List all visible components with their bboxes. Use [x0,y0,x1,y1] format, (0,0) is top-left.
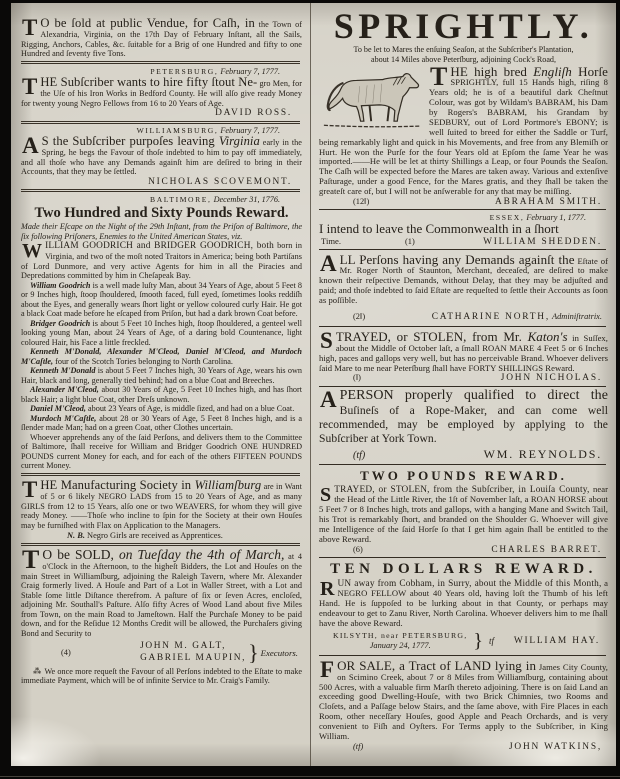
asterism-icon: ⁂ [33,667,42,676]
description-paragraph: Daniel M'Cleod, about 23 Years of Age, i… [21,404,302,414]
ad-mark: (1) [405,237,415,246]
newspaper-photo: TO be ſold at public Vendue, for Caſh, i… [0,0,620,779]
ad-lead: OR SALE, a Tract of LAND lying in [337,658,536,673]
signature-line: (6) CHARLES BARRET. [319,545,608,555]
page-columns: TO be ſold at public Vendue, for Caſh, i… [11,3,616,766]
drop-cap: A [319,253,340,273]
ad-mark: (12‖) [353,197,369,206]
drop-cap: T [429,65,450,88]
signature-line: NICHOLAS SCOVEMONT. [21,177,302,187]
ad-sprightly-stud: SPRIGHTLY. To be let to Mares the enſuin… [319,9,608,207]
ad-lead: TRAYED, or STOLEN, from Mr. [336,329,528,344]
ad-lead: S the Subſcriber purpoſes leaving [42,134,219,148]
ad-lead-italic: Virginia [219,134,260,148]
dateline-place: BALTIMORE, [150,195,212,204]
ad-manufacturing-society: THE Manufacturing Society in Williamſbur… [21,479,302,540]
drop-cap: S [319,485,334,503]
divider-rule [21,61,300,64]
ad-subtitle: To be let to Mares the enſuing Seaſon, a… [319,45,608,55]
signature-name: CHARLES BARRET. [491,545,602,555]
signature-name: WM. REYNOLDS. [484,447,602,462]
signature-name: ABRAHAM SMITH. [495,197,602,207]
ad-body-text: Buſineſs of a Rope-Maker, and can come w… [319,404,608,445]
dateline-date: December 31, 1776. [214,195,280,204]
ad-lead-italic: Engliſh [533,64,572,79]
signature-name: NICHOLAS SCOVEMONT. [148,177,292,187]
ad-lead: TRAYED, or STOLEN, from the Subſcriber, … [334,485,589,495]
drop-cap: T [21,548,42,571]
divider-rule [319,557,606,558]
divider-rule [319,386,606,387]
divider-rule [319,326,606,327]
nota-bene: N. B. Negro Girls are received as Appren… [21,531,302,540]
ad-rope-maker: APERSON properly qualified to direct the… [319,389,608,461]
drop-cap: T [21,76,40,96]
executor-names: JOHN M. GALT, GABRIEL MAUPIN, [140,641,246,664]
divider-rule [21,189,300,192]
signature-line: (‖) JOHN NICHOLAS. [319,373,608,383]
ad-leaving-virginia: WILLIAMSBURG, February 7, 1777. AS the S… [21,126,302,187]
ad-north-estate: ALL Perſons having any Demands againſt t… [319,253,608,324]
signature-line: (12‖) ABRAHAM SMITH. [319,197,608,207]
divider-rule [319,249,606,250]
ad-shedden-notice: ESSEX, February 1, 1777. I intend to lea… [319,213,608,247]
horse-name-title: SPRIGHTLY. [319,9,608,43]
drop-cap: T [21,479,40,499]
signature-line: DAVID ROSS. [21,108,302,118]
divider-rule [21,121,300,124]
divider-rule [21,543,300,546]
signature-name: JOHN WATKINS, [509,742,602,752]
signature-line: Time. (1) WILLIAM SHEDDEN. [319,236,608,247]
signature-line: (2‖) CATHARINE NORTH, Adminiſtratrix. [319,306,608,324]
ad-mark: (2‖) [353,312,365,321]
ad-lead: HE Subſcriber wants to hire fifty ſtout … [40,75,257,89]
description-paragraph: Alexander M'Cleod, about 30 Years of Age… [21,385,302,404]
reward-heading: Two Hundred and Sixty Pounds Reward. [21,205,302,222]
right-column: SPRIGHTLY. To be let to Mares the enſuin… [311,3,616,766]
dateline: BALTIMORE, December 31, 1776. [21,195,302,204]
executors-label: Executors. [261,648,298,658]
description-paragraph: Bridger Goodrich is about 5 Feet 10 Inch… [21,319,302,348]
ad-public-vendue: TO be ſold at public Vendue, for Caſh, i… [21,17,302,59]
left-column: TO be ſold at public Vendue, for Caſh, i… [11,3,310,766]
ad-land-for-sale: FOR SALE, a Tract of LAND lying in James… [319,659,608,752]
signature-line: (tf) WM. REYNOLDS. [319,447,608,462]
postscript: ⁂ We once more requeſt the Favour of all… [21,667,302,686]
drop-cap: W [21,241,45,259]
ad-lead: O be SOLD, [42,547,119,562]
ad-mark: tf [489,636,494,646]
ad-body-text: at 4 o'Clock in the Afternoon, to the hi… [21,552,302,638]
signature-block: KILSYTH, near PETERSBURG, January 24, 17… [319,630,608,653]
signature-line: (tf) JOHN WATKINS, [319,742,608,752]
signature-place: KILSYTH, near PETERSBURG, January 24, 17… [333,631,467,651]
ad-lead: I intend to leave the Commonwealth in a … [319,222,608,236]
ad-mark: (tf) [353,742,363,751]
ad-lead: HE high bred [450,64,533,79]
ad-hire-workers: PETERSBURG, February 7, 1777. THE Subſcr… [21,67,302,118]
ad-mark: (tf) [353,450,365,461]
drop-cap: A [319,389,340,409]
signature-name: WILLIAM HAY. [514,636,600,646]
reward-heading: TEN DOLLARS REWARD. [319,561,608,578]
ad-lead: UN away from Cobham, in Surry, about the… [338,579,602,589]
signature-name: JOHN NICHOLAS. [501,373,602,383]
description-paragraph: Murdoch M'Caſtle, about 28 or 30 Years o… [21,414,302,433]
ad-mark: (‖) [353,373,361,382]
drop-cap: T [21,17,40,37]
ad-lead-italic: Katon's [528,329,568,344]
ad-ten-dollars-reward: TEN DOLLARS REWARD. RUN away from Cobham… [319,561,608,653]
signature-name: WILLIAM SHEDDEN. [483,237,602,247]
divider-rule [319,655,606,656]
ad-body-text: James City County, on Scimino Creek, abo… [319,662,608,741]
reward-heading: TWO POUNDS REWARD. [319,468,608,484]
executors-block: (4) JOHN M. GALT, GABRIEL MAUPIN, } Exec… [21,640,302,666]
signature-name: DAVID ROSS. [215,108,292,118]
brace-glyph: } [473,630,483,653]
column-divider [310,3,311,766]
ad-two-pounds-reward: TWO POUNDS REWARD. STRAYED, or STOLEN, f… [319,468,608,555]
ad-mark: (6) [353,545,363,554]
ad-lead: Horſe [572,64,608,79]
newspaper-page: TO be ſold at public Vendue, for Caſh, i… [11,3,616,766]
reward-terms-paragraph: Whoever apprehends any of the ſaid Perſo… [21,433,302,471]
drop-cap: S [319,330,336,350]
description-paragraph: William Goodrich is a well made luſty Ma… [21,281,302,319]
ad-lead-italic: Williamſburg [195,478,262,492]
signature-name: CATHARINE NORTH, [432,312,550,322]
prisoner-names-caps: ILLIAM GOODRICH and BRIDGER GOODRICH, bo… [45,241,274,251]
ad-260-pounds-reward: BALTIMORE, December 31, 1776. Two Hundre… [21,195,302,471]
reward-intro: Made their Eſcape on the Night of the 29… [21,222,302,241]
divider-rule [21,473,300,476]
divider-rule [319,209,606,210]
horse-woodcut [319,68,425,132]
description-paragraph: Kenneth M'Donald, Alexander M'Cleod, Dan… [21,347,302,366]
sentence-tail: Time. [321,236,341,246]
ad-lead-italic: on Tueſday the 4th of March, [119,547,285,562]
ad-estate-sale: TO be SOLD, on Tueſday the 4th of March,… [21,548,302,685]
signature-title: Adminiſtratrix. [550,312,602,321]
brace-glyph: } [248,640,259,666]
ad-lead: PERSON properly qualified to direct the [340,388,608,403]
ad-strayed-mare: STRAYED, or STOLEN, from Mr. Katon's in … [319,330,608,384]
drop-cap: A [21,135,42,155]
ad-mark: (4) [61,648,71,657]
drop-cap: R [319,579,338,597]
drop-cap: F [319,659,337,679]
description-paragraph: Kenneth M'Donald is about 5 Feet 7 Inche… [21,366,302,385]
divider-rule [319,464,606,465]
ad-lead: O be ſold at public Vendue, for Caſh, in [40,16,254,30]
ad-lead: HE Manufacturing Society in [40,478,194,492]
ad-lead: LL Perſons having any Demands againſt th… [340,252,575,267]
